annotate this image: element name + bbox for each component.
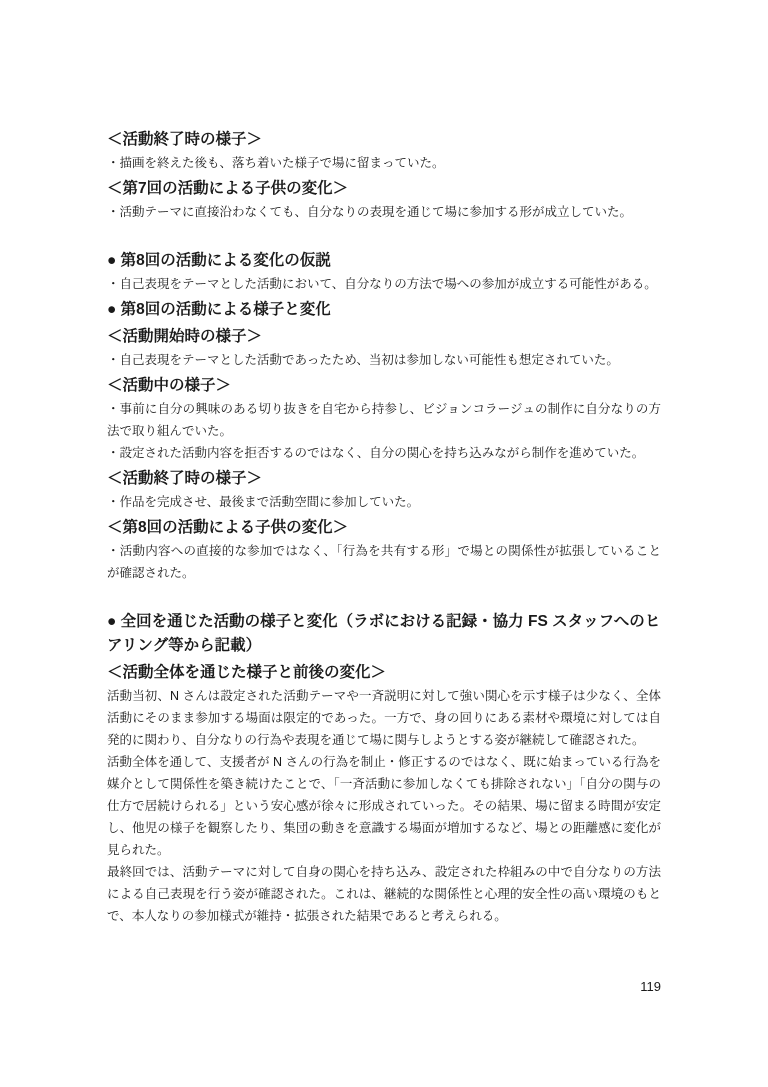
bullet-session8-child-change: ・活動内容への直接的な参加ではなく、「行為を共有する形」で場との関係性が拡張して… (107, 540, 661, 584)
heading-activity-end-state: ＜活動終了時の様子＞ (107, 128, 661, 152)
heading-during-activity-state: ＜活動中の様子＞ (107, 374, 661, 398)
bullet-activity-end-observation-2: ・作品を完成させ、最後まで活動空間に参加していた。 (107, 491, 661, 513)
bullet-activity-start-observation: ・自己表現をテーマとした活動であったため、当初は参加しない可能性も想定されていた… (107, 349, 661, 371)
bullet-during-activity-1: ・事前に自分の興味のある切り抜きを自宅から持参し、ビジョンコラージュの制作に自分… (107, 398, 661, 442)
heading-activity-end-state-2: ＜活動終了時の様子＞ (107, 467, 661, 491)
heading-overall-before-after: ＜活動全体を通じた様子と前後の変化＞ (107, 661, 661, 685)
document-page: ＜活動終了時の様子＞ ・描画を終えた後も、落ち着いた様子で場に留まっていた。 ＜… (0, 0, 768, 1087)
page-number: 119 (107, 978, 661, 996)
heading-activity-start-state: ＜活動開始時の様子＞ (107, 325, 661, 349)
paragraph-overall-3: 最終回では、活動テーマに対して自身の関心を持ち込み、設定された枠組みの中で自分な… (107, 861, 661, 927)
heading-overall-change: ● 全回を通じた活動の様子と変化（ラボにおける記録・協力 FS スタッフへのヒア… (107, 610, 661, 658)
heading-session8-hypothesis: ● 第8回の活動による変化の仮説 (107, 249, 661, 273)
paragraph-overall-2: 活動全体を通して、支援者が N さんの行為を制止・修正するのではなく、既に始まっ… (107, 751, 661, 861)
heading-session8-state-change: ● 第8回の活動による様子と変化 (107, 298, 661, 322)
bullet-activity-end-observation: ・描画を終えた後も、落ち着いた様子で場に留まっていた。 (107, 152, 661, 174)
heading-session7-child-change: ＜第7回の活動による子供の変化＞ (107, 177, 661, 201)
heading-session8-child-change: ＜第8回の活動による子供の変化＞ (107, 516, 661, 540)
paragraph-overall-1: 活動当初、N さんは設定された活動テーマや一斉説明に対して強い関心を示す様子は少… (107, 685, 661, 751)
document-content: ＜活動終了時の様子＞ ・描画を終えた後も、落ち着いた様子で場に留まっていた。 ＜… (107, 128, 661, 927)
bullet-during-activity-2: ・設定された活動内容を拒否するのではなく、自分の関心を持ち込みながら制作を進めて… (107, 442, 661, 464)
bullet-session7-child-change: ・活動テーマに直接沿わなくても、自分なりの表現を通じて場に参加する形が成立してい… (107, 201, 661, 223)
bullet-session8-hypothesis: ・自己表現をテーマとした活動において、自分なりの方法で場への参加が成立する可能性… (107, 273, 661, 295)
